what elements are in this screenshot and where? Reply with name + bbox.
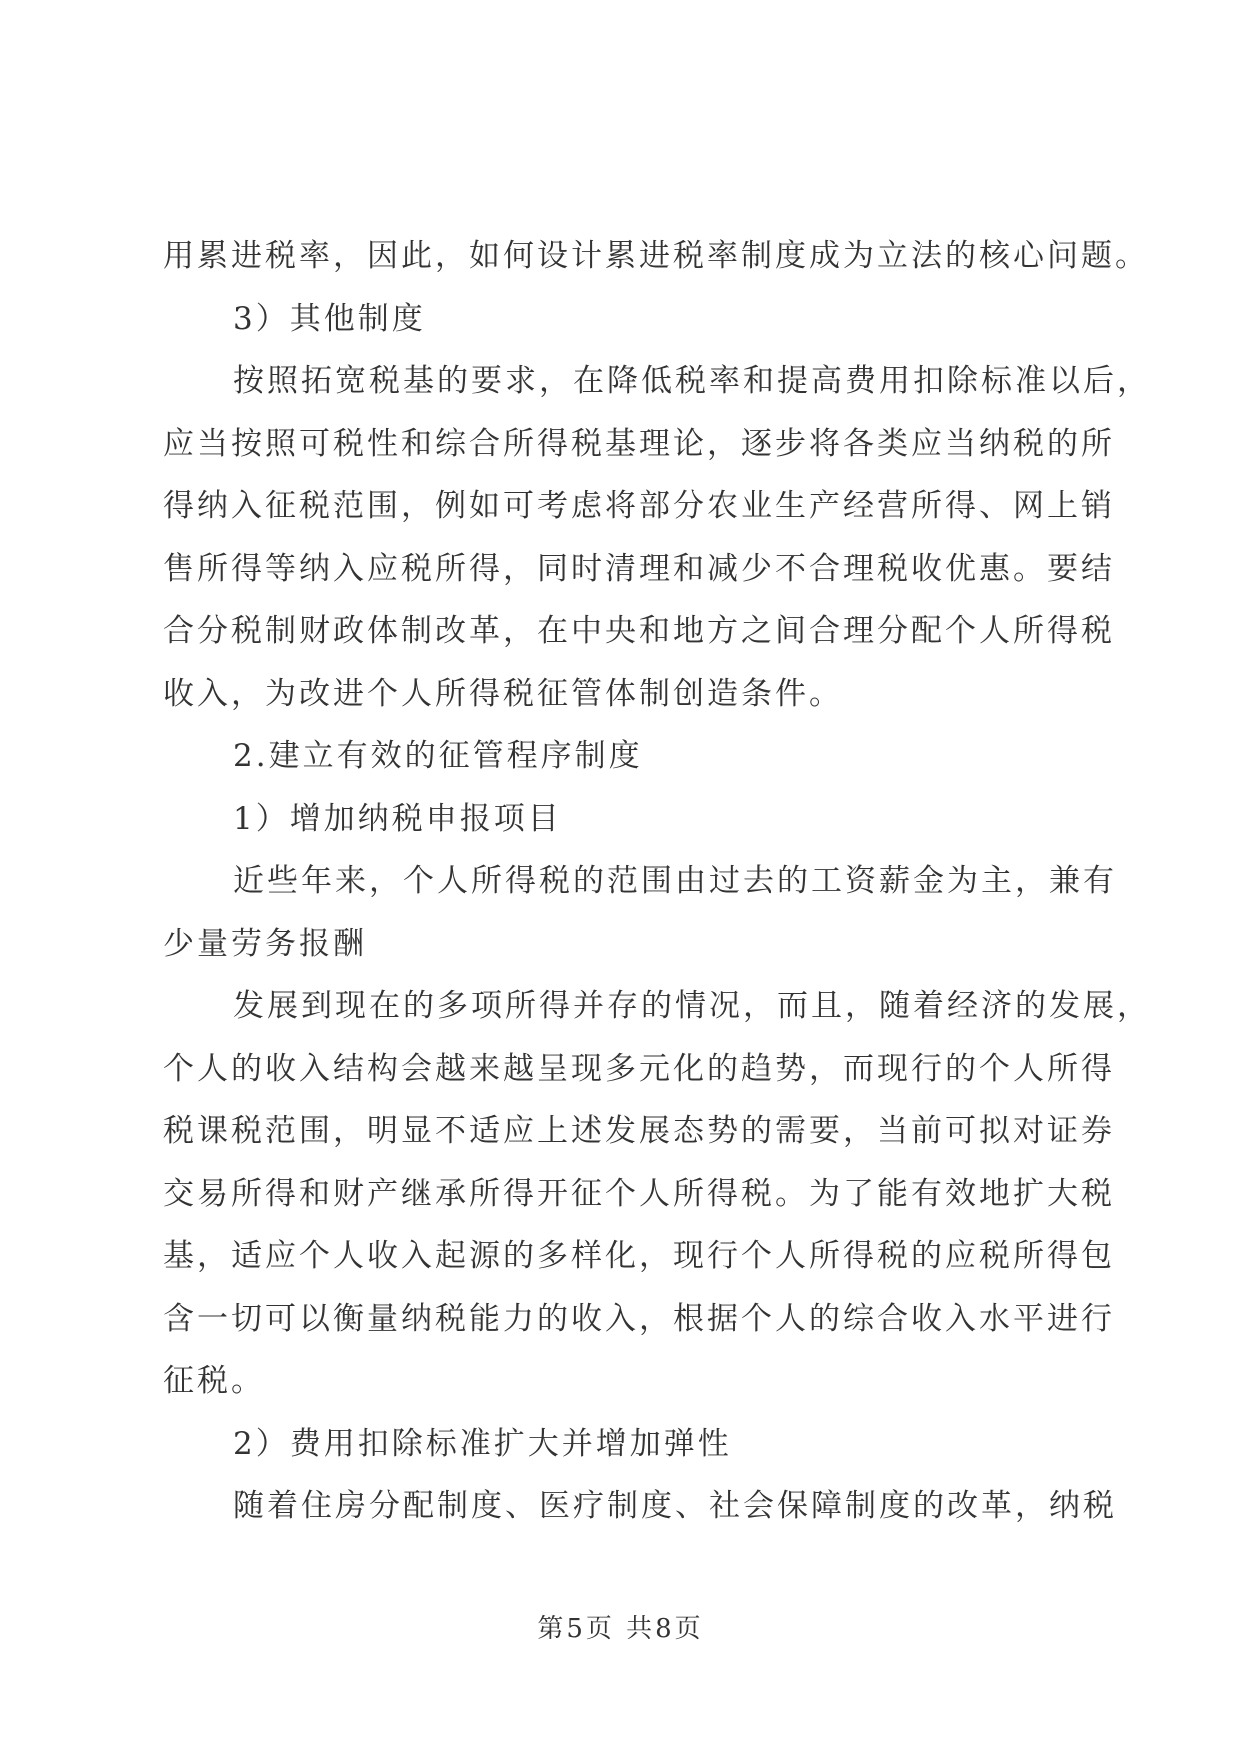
text-line: 合分税制财政体制改革，在中央和地方之间合理分配个人所得税 [163, 600, 1123, 663]
text-line: 征税。 [163, 1350, 1123, 1413]
text-line: 基，适应个人收入起源的多样化，现行个人所得税的应税所得包 [163, 1225, 1123, 1288]
text-line: 发展到现在的多项所得并存的情况，而且，随着经济的发展， [163, 975, 1123, 1038]
text-line: 2）费用扣除标准扩大并增加弹性 [163, 1413, 1123, 1476]
text-line: 用累进税率，因此，如何设计累进税率制度成为立法的核心问题。 [163, 225, 1123, 288]
text-line: 得纳入征税范围，例如可考虑将部分农业生产经营所得、网上销 [163, 475, 1123, 538]
text-line: 随着住房分配制度、医疗制度、社会保障制度的改革，纳税 [163, 1475, 1123, 1538]
text-line: 近些年来，个人所得税的范围由过去的工资薪金为主，兼有 [163, 850, 1123, 913]
page-number-label: 第5页 共8页 [537, 1614, 703, 1644]
document-body: 用累进税率，因此，如何设计累进税率制度成为立法的核心问题。3）其他制度按照拓宽税… [163, 225, 1123, 1538]
text-line: 少量劳务报酬 [163, 913, 1123, 976]
text-line: 税课税范围，明显不适应上述发展态势的需要，当前可拟对证券 [163, 1100, 1123, 1163]
text-line: 售所得等纳入应税所得，同时清理和减少不合理税收优惠。要结 [163, 538, 1123, 601]
text-line: 交易所得和财产继承所得开征个人所得税。为了能有效地扩大税 [163, 1163, 1123, 1226]
text-line: 1）增加纳税申报项目 [163, 788, 1123, 851]
text-line: 3）其他制度 [163, 288, 1123, 351]
page-footer: 第5页 共8页 [0, 1612, 1241, 1646]
text-line: 含一切可以衡量纳税能力的收入，根据个人的综合收入水平进行 [163, 1288, 1123, 1351]
text-line: 2.建立有效的征管程序制度 [163, 725, 1123, 788]
text-line: 应当按照可税性和综合所得税基理论，逐步将各类应当纳税的所 [163, 413, 1123, 476]
text-line: 个人的收入结构会越来越呈现多元化的趋势，而现行的个人所得 [163, 1038, 1123, 1101]
document-page: 用累进税率，因此，如何设计累进税率制度成为立法的核心问题。3）其他制度按照拓宽税… [0, 0, 1241, 1754]
text-line: 按照拓宽税基的要求，在降低税率和提高费用扣除标准以后， [163, 350, 1123, 413]
text-line: 收入，为改进个人所得税征管体制创造条件。 [163, 663, 1123, 726]
